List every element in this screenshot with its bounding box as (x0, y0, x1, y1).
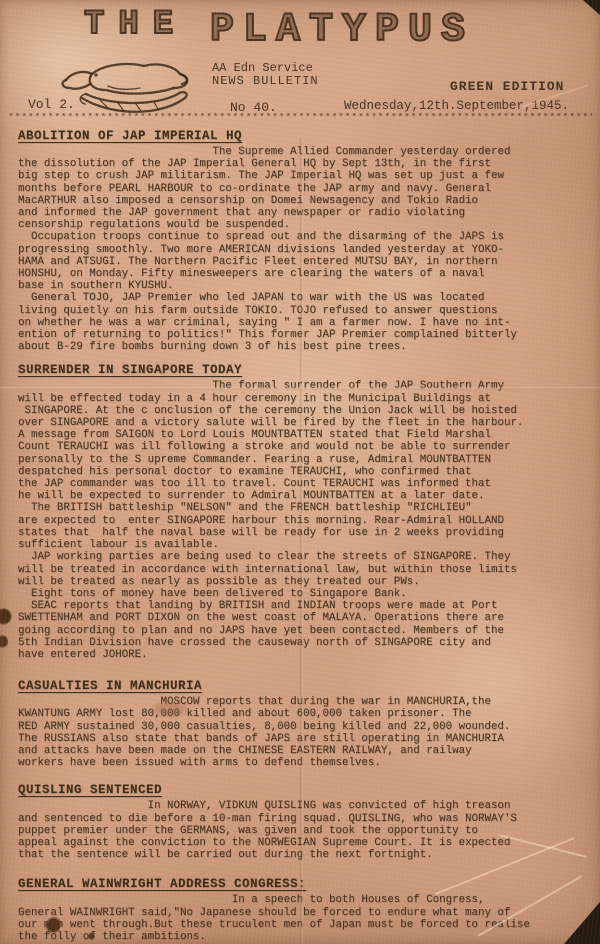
article-wainwright-congress: GENERAL WAINWRIGHT ADDRESS CONGRESS: In … (18, 877, 584, 943)
masthead-title: PLATYPUS (210, 8, 474, 53)
article-headline: QUISLING SENTENCED (18, 783, 584, 798)
ink-stain (0, 634, 8, 649)
masthead: THE PLATYPUS AA Edn Service NEWS BULLETI… (0, 0, 600, 114)
newspaper-page: THE PLATYPUS AA Edn Service NEWS BULLETI… (0, 0, 600, 944)
article-casualties-manchuria: CASUALTIES IN MANCHURIA MOSCOW reports t… (18, 679, 584, 769)
articles-area: ABOLITION OF JAP IMPERIAL HQ The Supreme… (18, 129, 584, 943)
article-body: The formal surrender of the JAP Southern… (18, 380, 584, 661)
article-body: The Supreme Allied Commander yesterday o… (18, 146, 584, 353)
masthead-the: THE (84, 6, 187, 44)
article-body: In NORWAY, VIDKUN QUISLING was convicted… (18, 800, 584, 861)
platypus-on-hand-icon (56, 48, 206, 123)
issue-date: Wednesday,12th.September,1945. (344, 99, 569, 113)
article-quisling-sentenced: QUISLING SENTENCED In NORWAY, VIDKUN QUI… (18, 783, 584, 861)
article-abolition-jap-hq: ABOLITION OF JAP IMPERIAL HQ The Supreme… (18, 129, 584, 353)
service-line: AA Edn Service (212, 61, 313, 75)
bulletin-line: NEWS BULLETIN (212, 74, 319, 88)
ink-stain (0, 608, 12, 625)
article-headline: CASUALTIES IN MANCHURIA (18, 679, 584, 694)
article-body: MOSCOW reports that during the war in MA… (18, 696, 584, 769)
article-headline: ABOLITION OF JAP IMPERIAL HQ (18, 129, 584, 144)
article-surrender-singapore: SURRENDER IN SINGAPORE TODAY The formal … (18, 363, 584, 661)
article-headline: SURRENDER IN SINGAPORE TODAY (18, 363, 584, 378)
article-headline: GENERAL WAINWRIGHT ADDRESS CONGRESS: (18, 877, 584, 892)
volume-label: Vol 2. (28, 97, 75, 112)
edition-label: GREEN EDITION (450, 79, 564, 94)
asterisk-divider: ****************************************… (8, 113, 592, 126)
article-body: In a speech to both Houses of Congress, … (18, 894, 584, 943)
